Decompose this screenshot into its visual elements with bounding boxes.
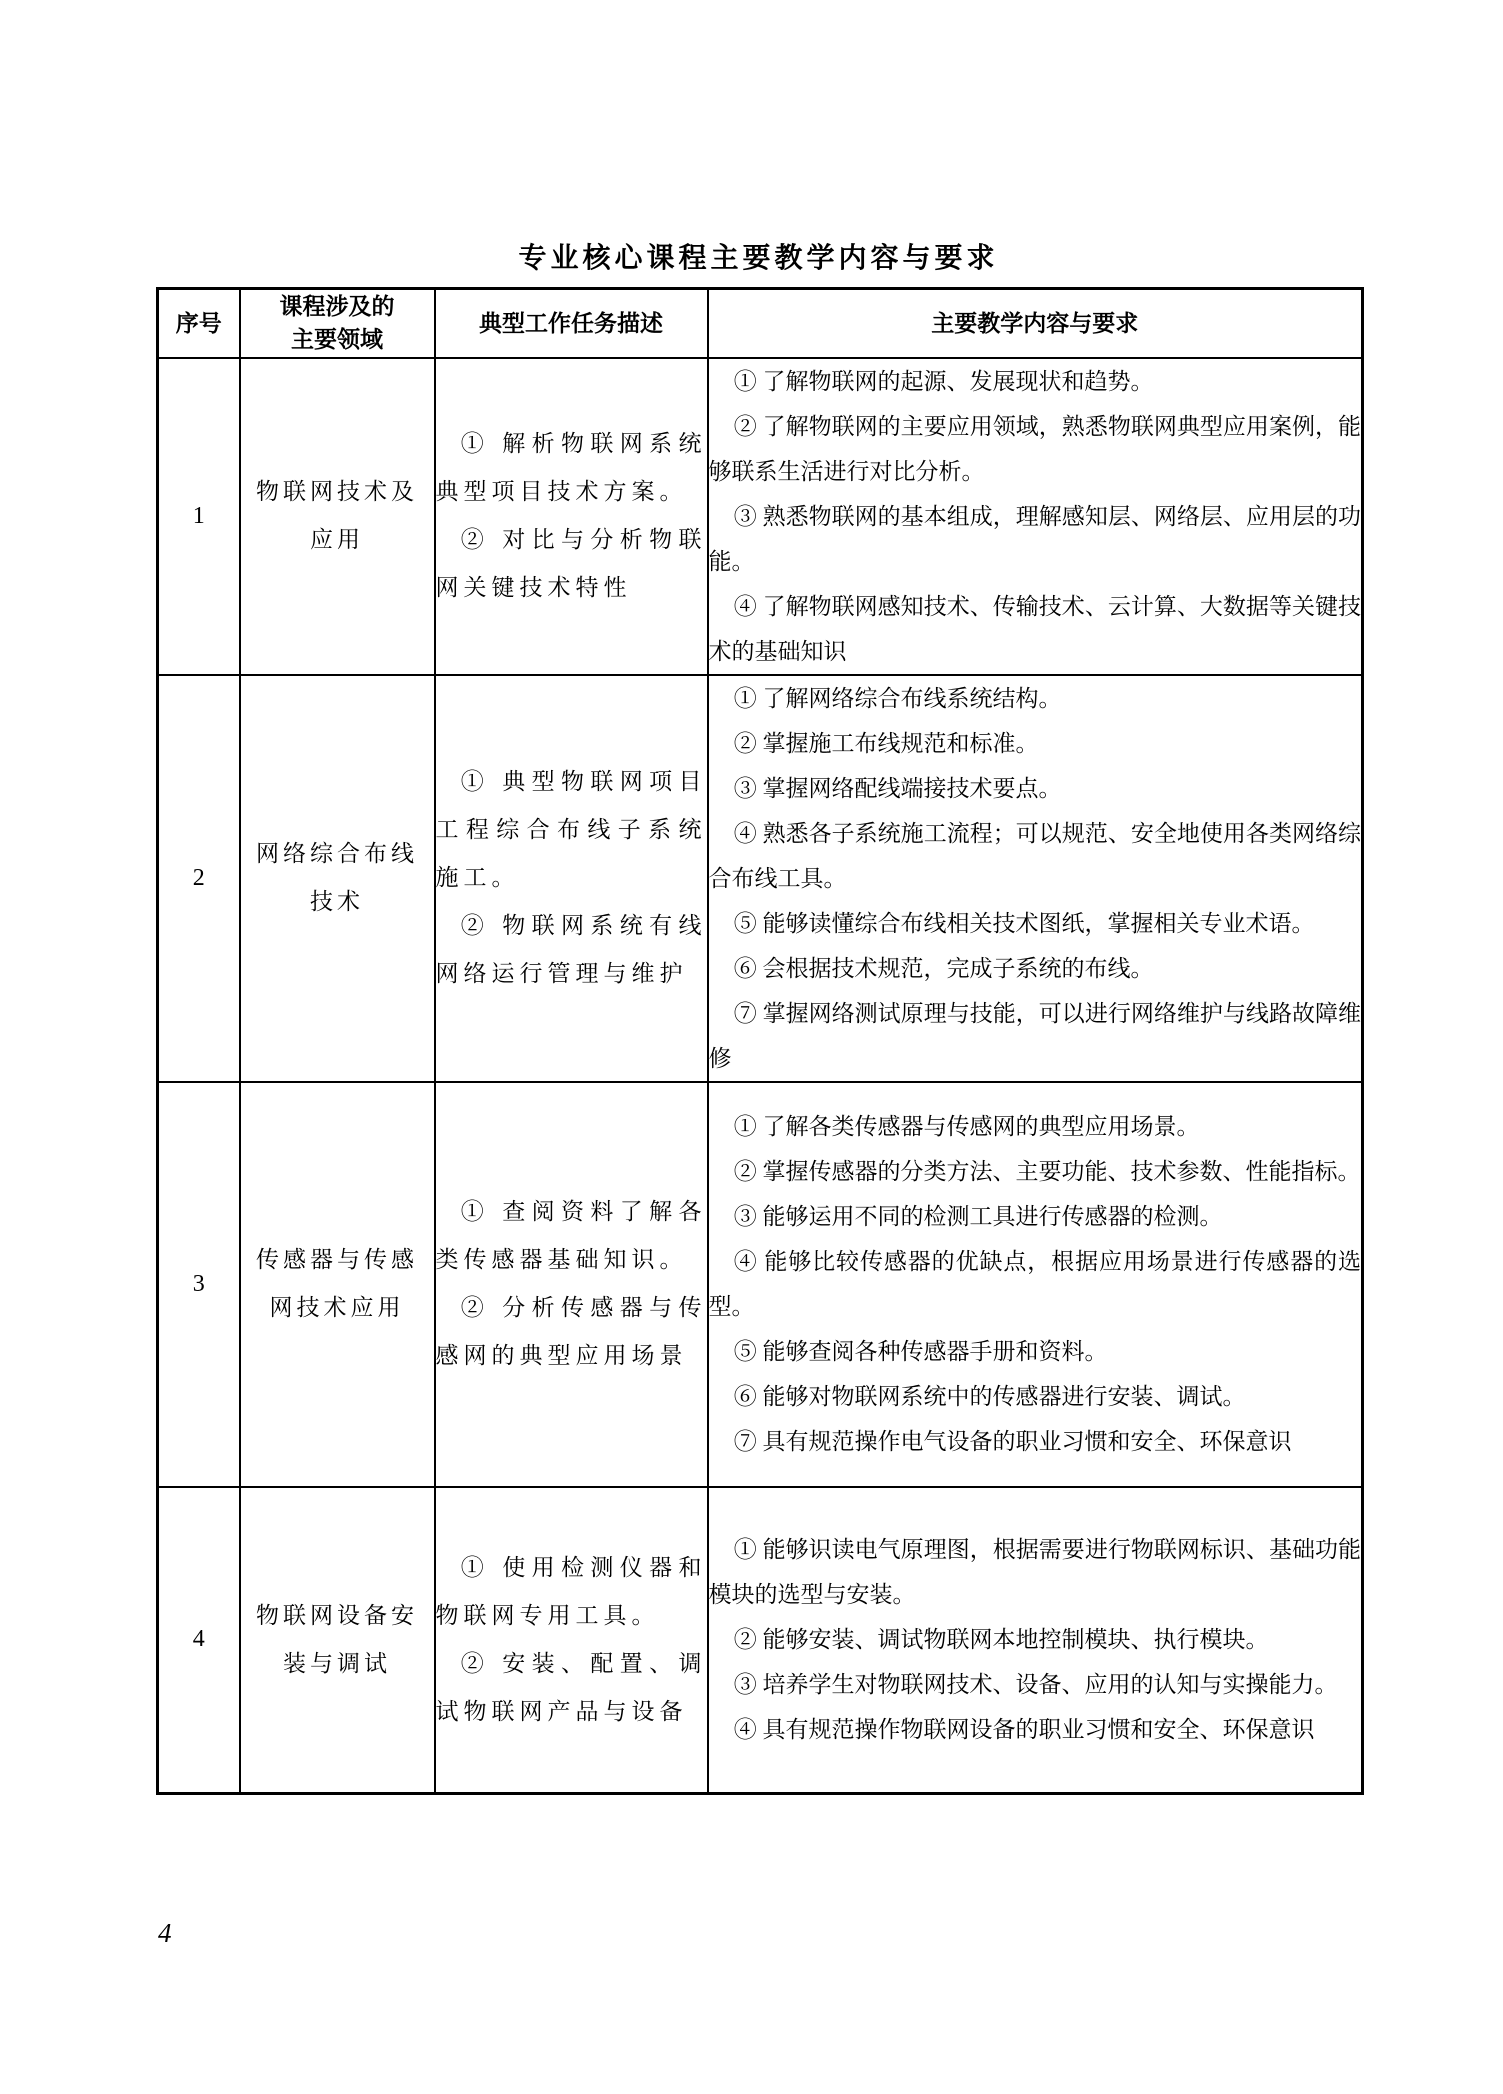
table-row: 1 物联网技术及 应用 ① 解析物联网系统典型项目技术方案。 ② 对比与分析物联… [158, 358, 1363, 675]
course-domain-cell: 物联网技术及 应用 [240, 358, 435, 675]
content-item: ⑤ 能够读懂综合布线相关技术图纸，掌握相关专业术语。 [709, 901, 1362, 946]
task-cell: ① 典型物联网项目工程综合布线子系统施工。 ② 物联网系统有线网络运行管理与维护 [435, 675, 708, 1082]
task-cell: ① 查阅资料了解各类传感器基础知识。 ② 分析传感器与传感网的典型应用场景 [435, 1082, 708, 1487]
content-item: ③ 培养学生对物联网技术、设备、应用的认知与实操能力。 [709, 1662, 1362, 1707]
content-item: ③ 熟悉物联网的基本组成，理解感知层、网络层、应用层的功能。 [709, 494, 1362, 584]
row-number-cell: 4 [158, 1487, 240, 1794]
content-item: ② 掌握传感器的分类方法、主要功能、技术参数、性能指标。 [709, 1149, 1362, 1194]
task-item: ① 典型物联网项目工程综合布线子系统施工。 [436, 758, 707, 902]
content-item: ⑦ 掌握网络测试原理与技能，可以进行网络维护与线路故障维修 [709, 991, 1362, 1081]
content-item: ⑤ 能够查阅各种传感器手册和资料。 [709, 1329, 1362, 1374]
content-item: ② 能够安装、调试物联网本地控制模块、执行模块。 [709, 1617, 1362, 1662]
core-courses-table: 序号 课程涉及的 主要领域 典型工作任务描述 主要教学内容与要求 1 物联网技术… [156, 287, 1364, 1795]
content-item: ⑦ 具有规范操作电气设备的职业习惯和安全、环保意识 [709, 1419, 1362, 1464]
task-item: ① 使用检测仪器和物联网专用工具。 [436, 1544, 707, 1640]
page-title: 专业核心课程主要教学内容与要求 [156, 236, 1361, 276]
page-number: 4 [158, 1918, 172, 1949]
table-row: 2 网络综合布线 技术 ① 典型物联网项目工程综合布线子系统施工。 ② 物联网系… [158, 675, 1363, 1082]
document-page: 专业核心课程主要教学内容与要求 序号 课程涉及的 主要领域 典型工作任务描述 主… [0, 0, 1503, 2094]
content-item: ② 掌握施工布线规范和标准。 [709, 721, 1362, 766]
task-item: ② 对比与分析物联网关键技术特性 [436, 516, 707, 612]
row-number-cell: 1 [158, 358, 240, 675]
header-content: 主要教学内容与要求 [708, 289, 1363, 358]
row-number-cell: 3 [158, 1082, 240, 1487]
content-item: ① 了解物联网的起源、发展现状和趋势。 [709, 359, 1362, 404]
header-row: 序号 课程涉及的 主要领域 典型工作任务描述 主要教学内容与要求 [158, 289, 1363, 358]
table-row: 3 传感器与传感 网技术应用 ① 查阅资料了解各类传感器基础知识。 ② 分析传感… [158, 1082, 1363, 1487]
task-item: ① 解析物联网系统典型项目技术方案。 [436, 420, 707, 516]
header-seq: 序号 [158, 289, 240, 358]
course-domain-cell: 网络综合布线 技术 [240, 675, 435, 1082]
content-cell: ① 能够识读电气原理图，根据需要进行物联网标识、基础功能模块的选型与安装。 ② … [708, 1487, 1363, 1794]
content-item: ④ 熟悉各子系统施工流程；可以规范、安全地使用各类网络综合布线工具。 [709, 811, 1362, 901]
row-number-cell: 2 [158, 675, 240, 1082]
task-item: ② 分析传感器与传感网的典型应用场景 [436, 1284, 707, 1380]
task-cell: ① 解析物联网系统典型项目技术方案。 ② 对比与分析物联网关键技术特性 [435, 358, 708, 675]
content-item: ② 了解物联网的主要应用领域，熟悉物联网典型应用案例，能够联系生活进行对比分析。 [709, 404, 1362, 494]
task-item: ② 安装、配置、调试物联网产品与设备 [436, 1640, 707, 1736]
content-item: ① 能够识读电气原理图，根据需要进行物联网标识、基础功能模块的选型与安装。 [709, 1527, 1362, 1617]
content-item: ③ 掌握网络配线端接技术要点。 [709, 766, 1362, 811]
content-item: ④ 能够比较传感器的优缺点，根据应用场景进行传感器的选型。 [709, 1239, 1362, 1329]
content-item: ③ 能够运用不同的检测工具进行传感器的检测。 [709, 1194, 1362, 1239]
content-cell: ① 了解网络综合布线系统结构。 ② 掌握施工布线规范和标准。 ③ 掌握网络配线端… [708, 675, 1363, 1082]
task-item: ② 物联网系统有线网络运行管理与维护 [436, 902, 707, 998]
course-domain-cell: 传感器与传感 网技术应用 [240, 1082, 435, 1487]
table-row: 4 物联网设备安 装与调试 ① 使用检测仪器和物联网专用工具。 ② 安装、配置、… [158, 1487, 1363, 1794]
content-item: ④ 了解物联网感知技术、传输技术、云计算、大数据等关键技术的基础知识 [709, 584, 1362, 674]
content-cell: ① 了解物联网的起源、发展现状和趋势。 ② 了解物联网的主要应用领域，熟悉物联网… [708, 358, 1363, 675]
content-item: ④ 具有规范操作物联网设备的职业习惯和安全、环保意识 [709, 1707, 1362, 1752]
content-cell: ① 了解各类传感器与传感网的典型应用场景。 ② 掌握传感器的分类方法、主要功能、… [708, 1082, 1363, 1487]
course-domain-cell: 物联网设备安 装与调试 [240, 1487, 435, 1794]
header-task: 典型工作任务描述 [435, 289, 708, 358]
content-item: ① 了解各类传感器与传感网的典型应用场景。 [709, 1104, 1362, 1149]
header-domain: 课程涉及的 主要领域 [240, 289, 435, 358]
content-item: ① 了解网络综合布线系统结构。 [709, 676, 1362, 721]
content-item: ⑥ 会根据技术规范，完成子系统的布线。 [709, 946, 1362, 991]
task-item: ① 查阅资料了解各类传感器基础知识。 [436, 1188, 707, 1284]
content-item: ⑥ 能够对物联网系统中的传感器进行安装、调试。 [709, 1374, 1362, 1419]
task-cell: ① 使用检测仪器和物联网专用工具。 ② 安装、配置、调试物联网产品与设备 [435, 1487, 708, 1794]
